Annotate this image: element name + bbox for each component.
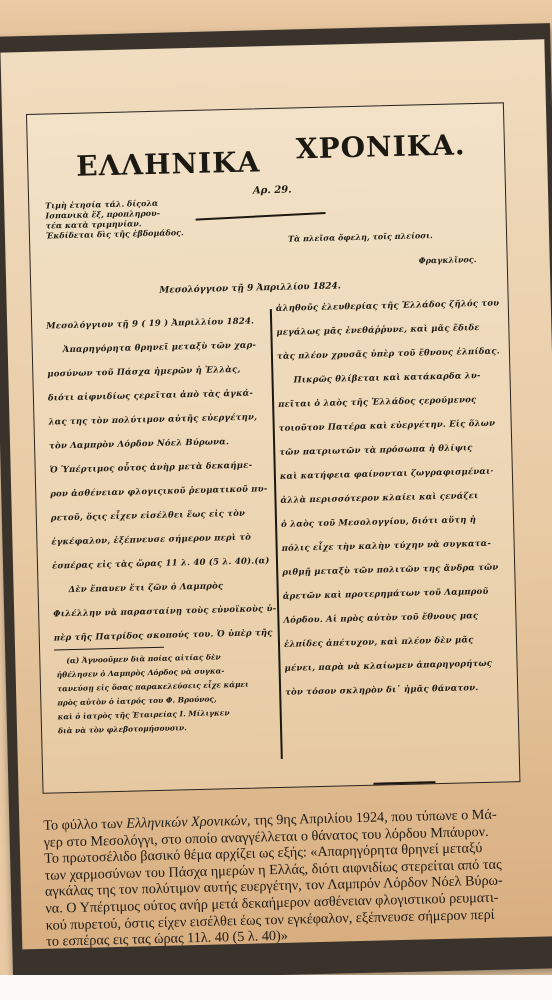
end-rule — [373, 781, 435, 784]
masthead: ΕΛΛΗΝΙΚΑ ΧΡΟΝΙΚΑ. — [27, 121, 503, 133]
motto: Τὰ πλεῖσα ὄφελη, τοῖς πλείοσι. — [288, 230, 433, 244]
dateline: Μεσολόγγιον τῇ 9 Ἀπριλλίου 1824. — [159, 281, 341, 295]
picture-frame: ΕΛΛΗΝΙΚΑ ΧΡΟΝΙΚΑ. Αρ. 29. Τιμὴ ἐτησία τά… — [0, 23, 552, 981]
motto-author: Φραγκλῖνος. — [419, 254, 477, 265]
footnote: (α) Ἀγνοοῦμεν διὰ ποίας αἰτίας δὲν ἠθέλη… — [56, 649, 278, 738]
caption-text: Το φύλλο των — [43, 816, 126, 834]
masthead-rule — [196, 212, 326, 221]
column-line: τὸν τόσον σκληρὸν δι᾽ ἡμᾶς θάνατον. — [285, 675, 510, 704]
issue-number: Αρ. 29. — [253, 185, 292, 197]
left-column: Μεσολόγγιον τῇ 9 ( 19 ) Ἀπριλλίου 1824. … — [46, 309, 274, 650]
newspaper-page: ΕΛΛΗΝΙΚΑ ΧΡΟΝΙΚΑ. Αρ. 29. Τιμὴ ἐτησία τά… — [26, 102, 520, 793]
museum-caption: Το φύλλο των Ελληνικών Χρονικών, της 9ης… — [43, 806, 526, 950]
wall-below-frame — [0, 975, 552, 1000]
masthead-title-left: ΕΛΛΗΝΙΚΑ — [76, 145, 261, 182]
caption-italic-title: Ελληνικών Χρονικών, — [126, 813, 251, 832]
right-column: ἀληθοῦς ἐλευθερίας τῆς Ἑλλάδος ζῆλός του… — [276, 291, 510, 704]
frame-mat: ΕΛΛΗΝΙΚΑ ΧΡΟΝΙΚΑ. Αρ. 29. Τιμὴ ἐτησία τά… — [0, 39, 552, 949]
masthead-title-right: ΧΡΟΝΙΚΑ. — [296, 128, 466, 165]
price-block: Τιμὴ ἐτησία τάλ. δίςολα Ισπανικὰ ἕξ, προ… — [45, 197, 184, 240]
price-line: Ἐκδίδεται δὶς τῆς ἑβδομάδος. — [46, 227, 184, 240]
